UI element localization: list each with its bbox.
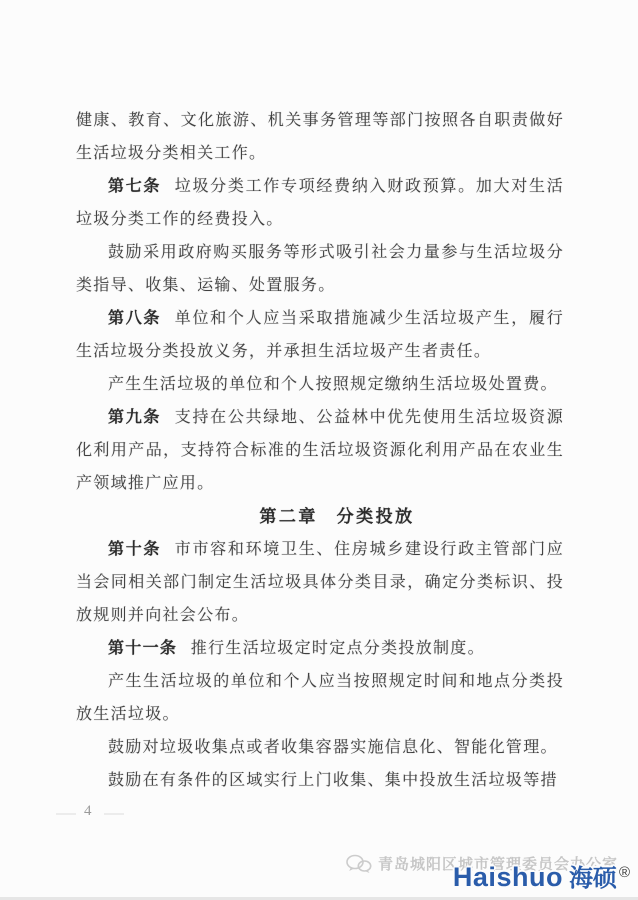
chapter-heading: 第二章分类投放 [76, 500, 564, 533]
paragraph: 鼓励对垃圾收集点或者收集容器实施信息化、智能化管理。 [76, 731, 564, 764]
chapter-number: 第二章 [259, 507, 318, 526]
paragraph: 鼓励在有条件的区域实行上门收集、集中投放生活垃圾等措 [76, 764, 564, 797]
chapter-title: 分类投放 [337, 507, 415, 526]
document-text-block: 健康、教育、文化旅游、机关事务管理等部门按照各自职责做好生活垃圾分类相关工作。 … [76, 104, 564, 797]
registered-trademark-icon: ® [619, 864, 630, 881]
paragraph: 第十一条推行生活垃圾定时定点分类投放制度。 [76, 632, 564, 665]
article-lead: 第十条 [108, 541, 161, 558]
paragraph: 产生生活垃圾的单位和个人应当按照规定时间和地点分类投放生活垃圾。 [76, 665, 564, 731]
article-lead: 第八条 [108, 310, 161, 327]
paragraph-text: 鼓励在有条件的区域实行上门收集、集中投放生活垃圾等措 [108, 772, 558, 789]
brand-logo-latin: Haishuo [453, 862, 563, 892]
article-lead: 第七条 [108, 178, 161, 195]
paragraph-text: 产生生活垃圾的单位和个人应当按照规定时间和地点分类投放生活垃圾。 [76, 673, 564, 723]
paragraph-text: 鼓励采用政府购买服务等形式吸引社会力量参与生活垃圾分类指导、收集、运输、处置服务… [76, 244, 564, 294]
article-lead: 第九条 [108, 409, 161, 426]
paragraph: 鼓励采用政府购买服务等形式吸引社会力量参与生活垃圾分类指导、收集、运输、处置服务… [76, 236, 564, 302]
paragraph: 第八条单位和个人应当采取措施减少生活垃圾产生，履行生活垃圾分类投放义务，并承担生… [76, 302, 564, 368]
paragraph-text: 产生生活垃圾的单位和个人按照规定缴纳生活垃圾处置费。 [108, 376, 558, 393]
paragraph: 第九条支持在公共绿地、公益林中优先使用生活垃圾资源化利用产品，支持符合标准的生活… [76, 401, 564, 500]
paragraph: 健康、教育、文化旅游、机关事务管理等部门按照各自职责做好生活垃圾分类相关工作。 [76, 104, 564, 170]
wechat-icon [346, 854, 372, 874]
brand-logo: Haishuo海硕® [453, 858, 630, 893]
paragraph: 产生生活垃圾的单位和个人按照规定缴纳生活垃圾处置费。 [76, 368, 564, 401]
brand-logo-cjk: 海硕 [569, 865, 617, 892]
paragraph-text: 鼓励对垃圾收集点或者收集容器实施信息化、智能化管理。 [108, 739, 558, 756]
paragraph: 第十条市市容和环境卫生、住房城乡建设行政主管部门应当会同相关部门制定生活垃圾具体… [76, 533, 564, 632]
paragraph: 第七条垃圾分类工作专项经费纳入财政预算。加大对生活垃圾分类工作的经费投入。 [76, 170, 564, 236]
paragraph-text: 推行生活垃圾定时定点分类投放制度。 [191, 640, 485, 657]
article-lead: 第十一条 [108, 640, 177, 657]
page-number: 4 [84, 803, 94, 820]
paragraph-text: 健康、教育、文化旅游、机关事务管理等部门按照各自职责做好生活垃圾分类相关工作。 [76, 112, 564, 162]
